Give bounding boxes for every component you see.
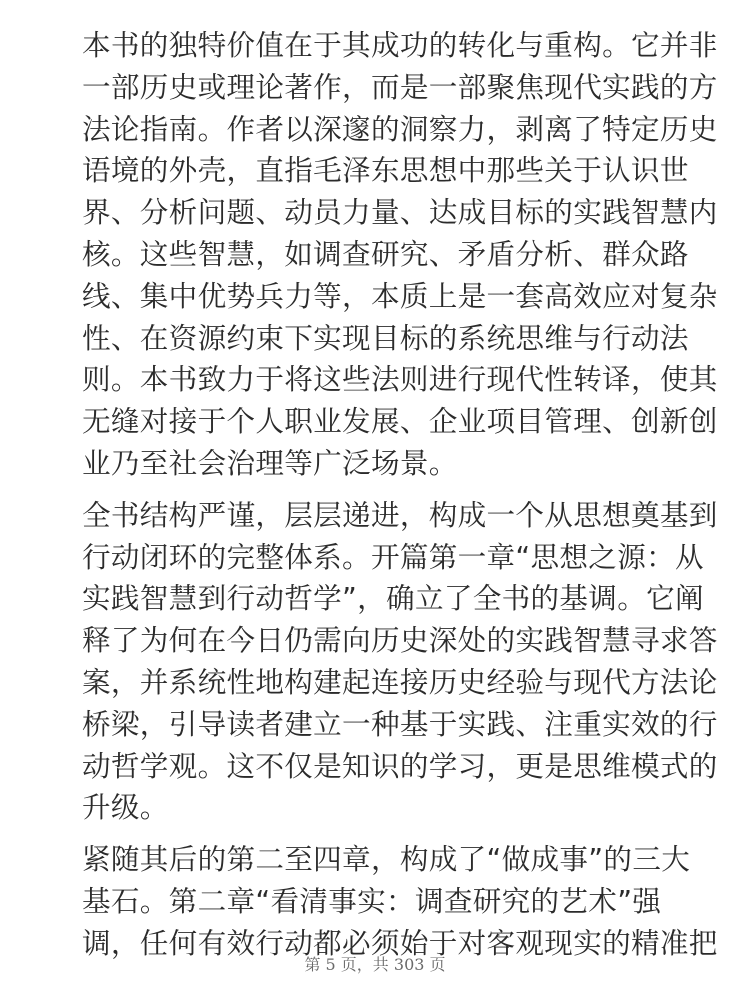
text-line: 界、分析问题、动员力量、达成目标的实践智慧内: [82, 192, 672, 234]
text-line: 释了为何在今日仍需向历史深处的实践智慧寻求答: [82, 620, 672, 662]
text-line: 行动闭环的完整体系。开篇第一章“思想之源：从: [82, 537, 672, 579]
text-line: 核。这些智慧，如调查研究、矛盾分析、群众路: [82, 234, 672, 276]
text-line: 法论指南。作者以深邃的洞察力，剥离了特定历史: [82, 109, 672, 151]
text-line: 基石。第二章“看清事实：调查研究的艺术”强: [82, 881, 672, 923]
document-page: 本书的独特价值在于其成功的转化与重构。它并非 一部历史或理论著作，而是一部聚焦现…: [0, 0, 750, 1000]
text-line: 实践智慧到行动哲学”，确立了全书的基调。它阐: [82, 578, 672, 620]
text-line: 案，并系统性地构建起连接历史经验与现代方法论: [82, 662, 672, 704]
text-line: 语境的外壳，直指毛泽东思想中那些关于认识世: [82, 150, 672, 192]
text-line: 一部历史或理论著作，而是一部聚焦现代实践的方: [82, 67, 672, 109]
text-line: 线、集中优势兵力等，本质上是一套高效应对复杂: [82, 276, 672, 318]
text-line: 动哲学观。这不仅是知识的学习，更是思维模式的: [82, 746, 672, 788]
text-line: 则。本书致力于将这些法则进行现代性转译，使其: [82, 359, 672, 401]
text-line: 紧随其后的第二至四章，构成了“做成事”的三大: [82, 839, 672, 881]
text-line: 无缝对接于个人职业发展、企业项目管理、创新创: [82, 401, 672, 443]
text-line: 性、在资源约束下实现目标的系统思维与行动法: [82, 318, 672, 360]
text-line: 本书的独特价值在于其成功的转化与重构。它并非: [82, 25, 672, 67]
paragraph-3: 紧随其后的第二至四章，构成了“做成事”的三大 基石。第二章“看清事实：调查研究的…: [82, 839, 672, 964]
paragraph-2: 全书结构严谨，层层递进，构成一个从思想奠基到 行动闭环的完整体系。开篇第一章“思…: [82, 495, 672, 829]
page-content: 本书的独特价值在于其成功的转化与重构。它并非 一部历史或理论著作，而是一部聚焦现…: [82, 25, 672, 975]
text-line: 升级。: [82, 787, 672, 829]
page-number-footer: 第 5 页，共 303 页: [0, 952, 750, 975]
text-line: 业乃至社会治理等广泛场景。: [82, 443, 672, 485]
paragraph-1: 本书的独特价值在于其成功的转化与重构。它并非 一部历史或理论著作，而是一部聚焦现…: [82, 25, 672, 485]
text-line: 全书结构严谨，层层递进，构成一个从思想奠基到: [82, 495, 672, 537]
text-line: 桥梁，引导读者建立一种基于实践、注重实效的行: [82, 704, 672, 746]
